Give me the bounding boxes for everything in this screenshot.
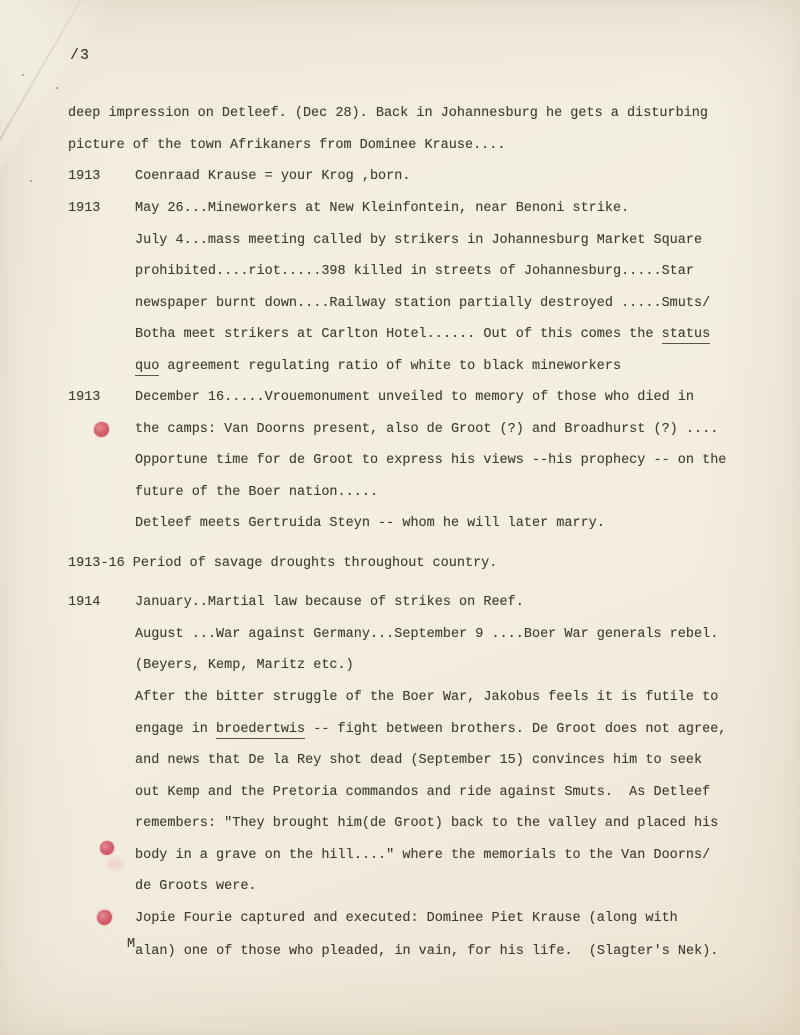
text-line: body in a grave on the hill...." where t… — [135, 848, 710, 863]
year-label: 1914 — [68, 595, 135, 610]
text-line: (Beyers, Kemp, Maritz etc.) — [135, 658, 354, 673]
text-segment: July 4...mass meeting called by strikers… — [135, 233, 702, 248]
text-line: and news that De la Rey shot dead (Septe… — [135, 753, 702, 768]
text-segment: status — [662, 327, 711, 344]
text-line: 1913December 16.....Vrouemonument unveil… — [68, 390, 694, 405]
text-segment: 1913-16 Period of savage droughts throug… — [68, 556, 497, 571]
text-line: 1913Coenraad Krause = your Krog ,born. — [68, 169, 410, 184]
text-line: Opportune time for de Groot to express h… — [135, 453, 726, 468]
text-segment: December 16.....Vrouemonument unveiled t… — [135, 390, 694, 405]
red-dot-marker — [100, 841, 114, 855]
scan-speck — [22, 74, 24, 76]
text-segment: the camps: Van Doorns present, also de G… — [135, 422, 718, 437]
text-layer: deep impression on Detleef. (Dec 28). Ba… — [0, 0, 800, 1035]
text-segment: agreement regulating ratio of white to b… — [159, 359, 621, 374]
text-segment: engage in — [135, 722, 216, 737]
scan-speck — [56, 87, 58, 89]
text-segment: Botha meet strikers at Carlton Hotel....… — [135, 327, 662, 342]
text-segment: August ...War against Germany...Septembe… — [135, 627, 718, 642]
text-line: Botha meet strikers at Carlton Hotel....… — [135, 327, 710, 342]
text-line: Malan) one of those who pleaded, in vain… — [127, 944, 718, 959]
text-line: 1914January..Martial law because of stri… — [68, 595, 524, 610]
text-line: deep impression on Detleef. (Dec 28). Ba… — [68, 106, 708, 121]
text-line: August ...War against Germany...Septembe… — [135, 627, 718, 642]
text-line: quo agreement regulating ratio of white … — [135, 359, 621, 374]
text-line: 1913May 26...Mineworkers at New Kleinfon… — [68, 201, 629, 216]
text-line: 1913-16 Period of savage droughts throug… — [68, 556, 497, 571]
text-segment: broedertwis — [216, 722, 305, 739]
text-segment: Detleef meets Gertruida Steyn -- whom he… — [135, 516, 605, 531]
text-segment: remembers: "They brought him(de Groot) b… — [135, 816, 718, 831]
text-line: the camps: Van Doorns present, also de G… — [135, 422, 718, 437]
text-segment: May 26...Mineworkers at New Kleinfontein… — [135, 201, 629, 216]
document-page: /3 deep impression on Detleef. (Dec 28).… — [0, 0, 800, 1035]
text-line: July 4...mass meeting called by strikers… — [135, 233, 702, 248]
text-segment: deep impression on Detleef. (Dec 28). Ba… — [68, 106, 708, 121]
text-line: de Groots were. — [135, 879, 257, 894]
text-line: picture of the town Afrikaners from Domi… — [68, 138, 505, 153]
text-segment: de Groots were. — [135, 879, 257, 894]
text-line: out Kemp and the Pretoria commandos and … — [135, 785, 710, 800]
text-line: Jopie Fourie captured and executed: Domi… — [135, 911, 678, 926]
text-segment: out Kemp and the Pretoria commandos and … — [135, 785, 710, 800]
text-segment: future of the Boer nation..... — [135, 485, 378, 500]
year-label: 1913 — [68, 169, 135, 184]
text-segment: January..Martial law because of strikes … — [135, 595, 524, 610]
red-dot-marker — [97, 910, 112, 925]
scan-speck — [30, 180, 32, 182]
red-dot-marker — [94, 422, 109, 437]
text-segment: and news that De la Rey shot dead (Septe… — [135, 753, 702, 768]
text-segment: After the bitter struggle of the Boer Wa… — [135, 690, 718, 705]
text-line: Detleef meets Gertruida Steyn -- whom he… — [135, 516, 605, 531]
text-segment: Opportune time for de Groot to express h… — [135, 453, 726, 468]
text-segment: prohibited....riot.....398 killed in str… — [135, 264, 694, 279]
year-label: 1913 — [68, 390, 135, 405]
year-label: 1913 — [68, 201, 135, 216]
text-segment: -- fight between brothers. De Groot does… — [305, 722, 726, 737]
text-segment: newspaper burnt down....Railway station … — [135, 296, 710, 311]
text-segment: Coenraad Krause = your Krog ,born. — [135, 169, 410, 184]
text-line: remembers: "They brought him(de Groot) b… — [135, 816, 718, 831]
text-segment: M — [127, 937, 135, 952]
text-line: prohibited....riot.....398 killed in str… — [135, 264, 694, 279]
text-segment: (Beyers, Kemp, Maritz etc.) — [135, 658, 354, 673]
ink-smudge — [106, 858, 124, 870]
text-segment: picture of the town Afrikaners from Domi… — [68, 138, 505, 153]
text-segment: quo — [135, 359, 159, 376]
text-segment: alan) one of those who pleaded, in vain,… — [135, 944, 718, 959]
text-segment: Jopie Fourie captured and executed: Domi… — [135, 911, 678, 926]
text-line: After the bitter struggle of the Boer Wa… — [135, 690, 718, 705]
text-line: engage in broedertwis -- fight between b… — [135, 722, 726, 737]
text-segment: body in a grave on the hill...." where t… — [135, 848, 710, 863]
text-line: future of the Boer nation..... — [135, 485, 378, 500]
text-line: newspaper burnt down....Railway station … — [135, 296, 710, 311]
